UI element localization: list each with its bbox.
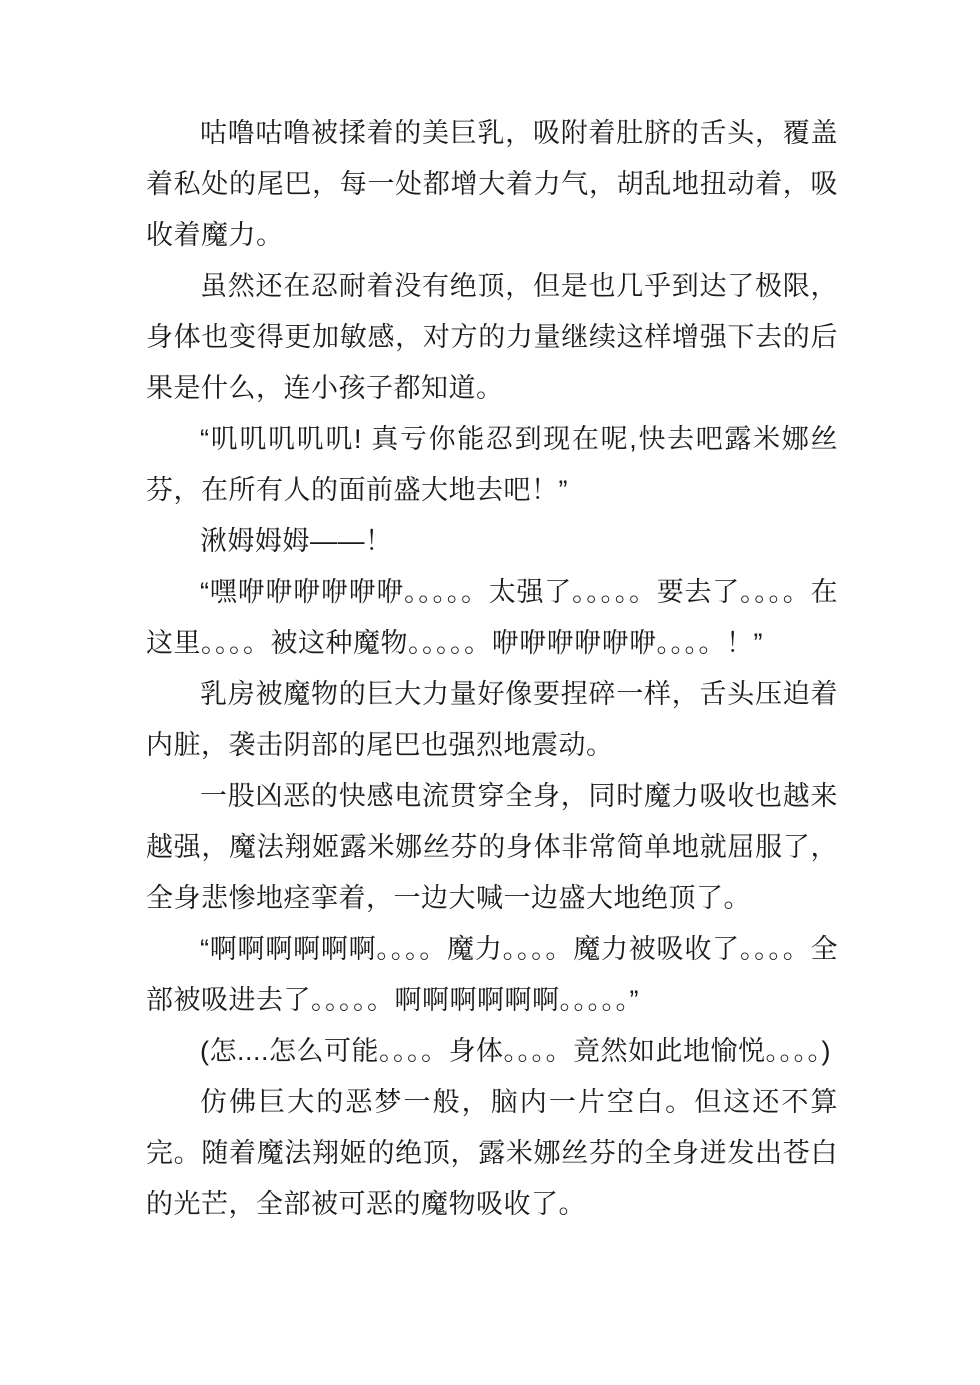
- paragraph: 仿佛巨大的恶梦一般，脑内一片空白。但这还不算完。随着魔法翔姬的绝顶，露米娜丝芬的…: [146, 1077, 838, 1230]
- paragraph-dialogue: “啊啊啊啊啊啊。。。。魔力。。。。魔力被吸收了。。。。全部被吸进去了。。。。。啊…: [146, 924, 838, 1026]
- paragraph-dialogue: “叽叽叽叽叽! 真亏你能忍到现在呢,快去吧露米娜丝芬，在所有人的面前盛大地去吧！…: [146, 414, 838, 516]
- paragraph-thought: (怎....怎么可能。。。。身体。。。。竟然如此地愉悦。。。。): [146, 1026, 838, 1077]
- paragraph: 虽然还在忍耐着没有绝顶，但是也几乎到达了极限，身体也变得更加敏感，对方的力量继续…: [146, 261, 838, 414]
- text-block: 咕噜咕噜被揉着的美巨乳，吸附着肚脐的舌头，覆盖着私处的尾巴，每一处都增大着力气，…: [146, 108, 838, 1230]
- paragraph: 乳房被魔物的巨大力量好像要捏碎一样，舌头压迫着内脏，袭击阴部的尾巴也强烈地震动。: [146, 669, 838, 771]
- document-page: 咕噜咕噜被揉着的美巨乳，吸附着肚脐的舌头，覆盖着私处的尾巴，每一处都增大着力气，…: [0, 0, 980, 1385]
- paragraph-dialogue: “嘿咿咿咿咿咿咿。。。。。太强了。。。。。要去了。。。。在这里。。。。被这种魔物…: [146, 567, 838, 669]
- paragraph-sfx: 湫姆姆姆——！: [146, 516, 838, 567]
- paragraph: 一股凶恶的快感电流贯穿全身，同时魔力吸收也越来越强，魔法翔姬露米娜丝芬的身体非常…: [146, 771, 838, 924]
- paragraph: 咕噜咕噜被揉着的美巨乳，吸附着肚脐的舌头，覆盖着私处的尾巴，每一处都增大着力气，…: [146, 108, 838, 261]
